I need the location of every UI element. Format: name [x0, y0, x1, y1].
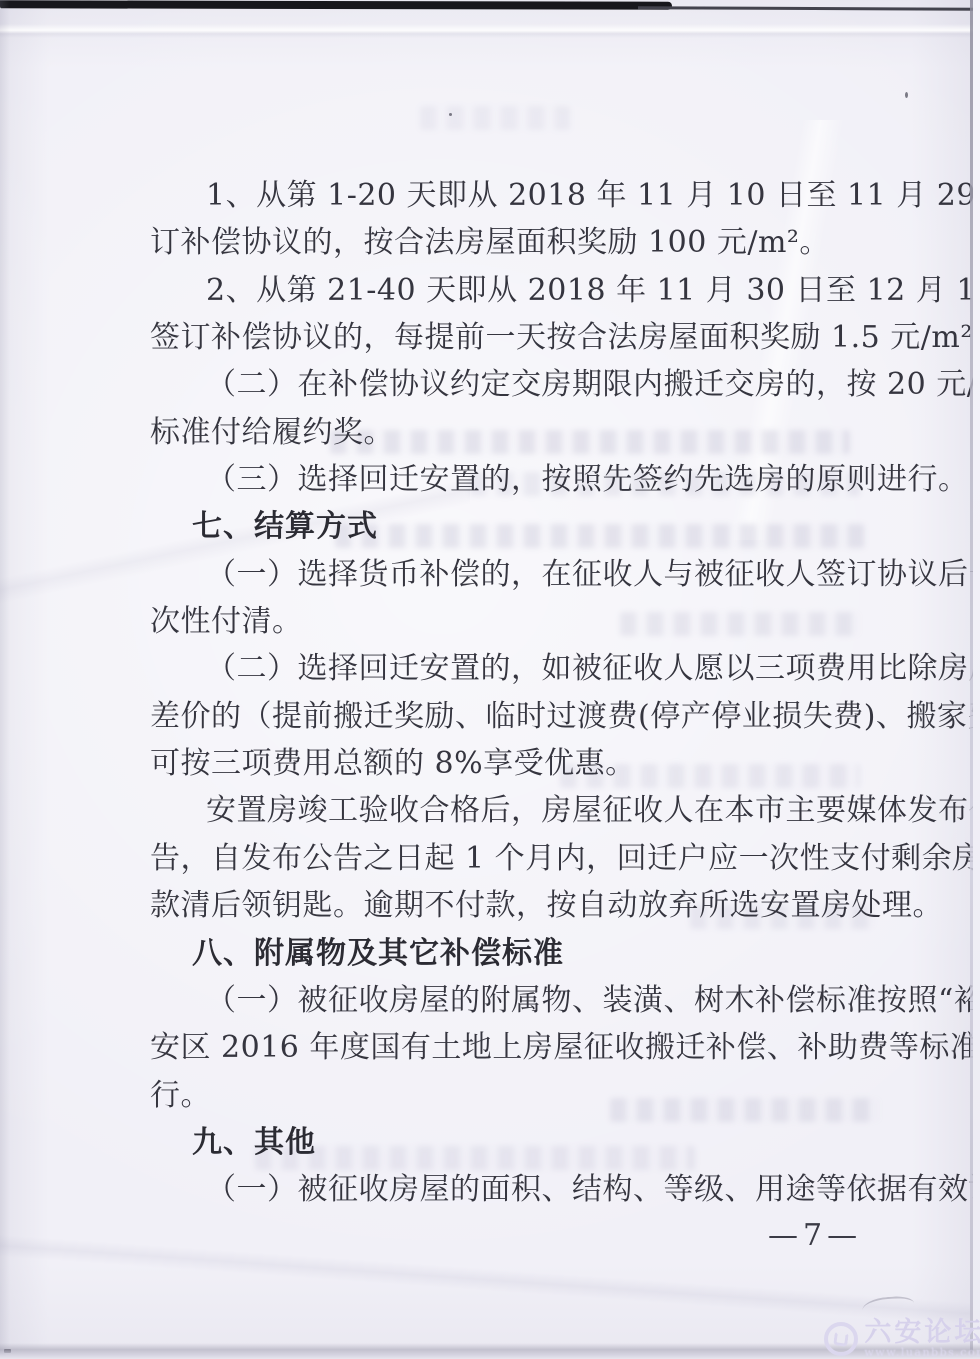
section-heading: 九、其他	[150, 1119, 876, 1166]
page-number: —7—	[768, 1213, 862, 1259]
text-line: 告，自发布公告之日起 1 个月内，回迁户应一次性支付剩余房款，	[150, 835, 876, 882]
text-line: 差价的（提前搬迁奖励、临时过渡费(停产停业损失费)、搬家费）	[150, 693, 876, 740]
text-line: 安区 2016 年度国有土地上房屋征收搬迁补偿、补助费等标准”执	[150, 1024, 876, 1071]
page-fold-line	[970, 0, 973, 1359]
text-line: 标准付给履约奖。	[150, 409, 876, 456]
text-line: 安置房竣工验收合格后，房屋征收人在本市主要媒体发布公	[150, 787, 876, 834]
watermark-text: 六安论坛 www.luanbbs.com	[864, 1319, 980, 1358]
scanned-document-page: 1、从第 1-20 天即从 2018 年 11 月 10 日至 11 月 29 …	[0, 0, 980, 1359]
text-line: 订补偿协议的，按合法房屋面积奖励 100 元/m²。	[150, 219, 876, 266]
text-line: （三）选择回迁安置的，按照先签约先选房的原则进行。	[150, 456, 876, 503]
bleed-through-artifact	[420, 106, 570, 130]
text-line: 2、从第 21-40 天即从 2018 年 11 月 30 日至 12 月 19…	[150, 267, 876, 314]
scan-speck	[449, 113, 452, 116]
scan-edge-top	[0, 0, 672, 9]
section-heading: 八、附属物及其它补偿标准	[150, 930, 876, 977]
text-line: 可按三项费用总额的 8%享受优惠。	[150, 740, 876, 787]
text-line: （二）在补偿协议约定交房期限内搬迁交房的，按 20 元/m²	[150, 361, 876, 408]
scan-edge-top	[638, 6, 980, 10]
text-line: （二）选择回迁安置的，如被征收人愿以三项费用比除房屋	[150, 645, 876, 692]
text-line: 签订补偿协议的，每提前一天按合法房屋面积奖励 1.5 元/m²。	[150, 314, 876, 361]
text-line: （一）被征收房屋的附属物、装潢、树木补偿标准按照“裕	[150, 977, 876, 1024]
text-line: （一）被征收房屋的面积、结构、等级、用途等依据有效证	[150, 1166, 876, 1213]
text-line: （一）选择货币补偿的，在征收人与被征收人签订协议后一	[150, 551, 876, 598]
text-line: 款清后领钥匙。逾期不付款，按自动放弃所选安置房处理。	[150, 882, 876, 929]
pencil-mark-artifact	[862, 1295, 915, 1312]
section-heading: 七、结算方式	[150, 503, 876, 550]
paper-crease	[0, 24, 980, 38]
scan-speck	[905, 92, 908, 98]
watermark-site-url: www.luanbbs.com	[864, 1347, 980, 1358]
text-line: 次性付清。	[150, 598, 876, 645]
watermark-site-name: 六安论坛	[864, 1319, 980, 1346]
document-body: 1、从第 1-20 天即从 2018 年 11 月 10 日至 11 月 29 …	[150, 172, 876, 1214]
scan-edge-left	[0, 0, 10, 1359]
forum-logo-icon	[824, 1322, 858, 1356]
forum-watermark: 六安论坛 www.luanbbs.com	[824, 1319, 980, 1358]
text-line: 行。	[150, 1072, 876, 1119]
text-line: 1、从第 1-20 天即从 2018 年 11 月 10 日至 11 月 29 …	[150, 172, 876, 219]
scan-edge-right	[973, 0, 980, 1359]
